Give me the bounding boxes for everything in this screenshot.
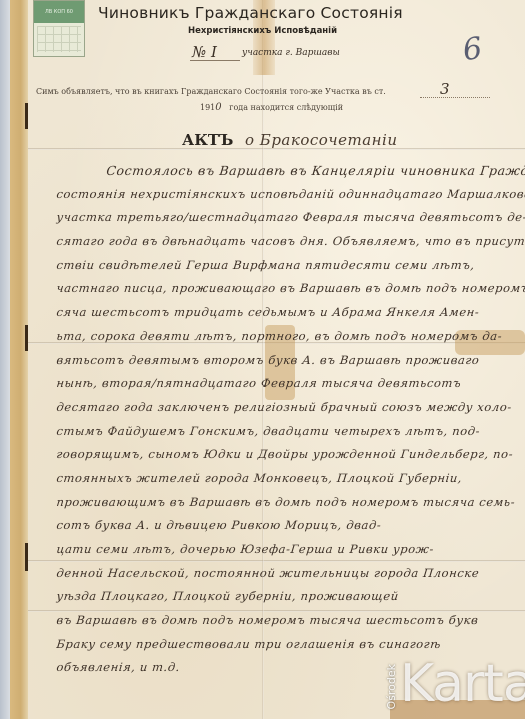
body-line: ствіи свидѣтелей Герша Вирфмана пятидеся… bbox=[55, 258, 525, 282]
body-line: состоянія нехристіянскихъ исповѣданій од… bbox=[55, 187, 525, 211]
stamp-label: ЛВ КОП 60 bbox=[34, 1, 84, 23]
page-number: 6 bbox=[461, 31, 485, 68]
body-line: сотъ буква А. и дѣвицею Ривкою Морицъ, д… bbox=[55, 518, 525, 542]
body-line: десятаго года заключенъ религіозный брач… bbox=[55, 400, 525, 424]
body-line: нынѣ, вторая/пятнадцатаго Февраля тысяча… bbox=[55, 376, 525, 400]
revenue-stamp: ЛВ КОП 60 bbox=[33, 0, 85, 57]
body-line: денной Насельской, постоянной жительницы… bbox=[55, 566, 525, 590]
body-line: участка третьяго/шестнадцатаго Февраля т… bbox=[55, 210, 525, 234]
year-handwritten: 0 bbox=[215, 102, 221, 113]
declaration-year: 1910 года находится слѣдующій bbox=[200, 102, 343, 113]
scanner-edge bbox=[0, 0, 10, 719]
stamp-grid bbox=[37, 26, 81, 52]
body-line: частнаго писца, проживающаго въ Варшавѣ … bbox=[55, 281, 525, 305]
header-subtitle: Нехристіянскихъ Исповѣданій bbox=[188, 26, 337, 36]
body-line: сятаго года въ двѣнадцать часовъ дня. Об… bbox=[55, 234, 525, 258]
year-prefix: 191 bbox=[200, 103, 215, 112]
act-type-handwritten: о Бракосочетаніи bbox=[245, 131, 398, 149]
body-line: въ Варшавѣ въ домѣ подъ номеромъ тысяча … bbox=[55, 613, 525, 637]
body-line: Состоялось въ Варшавѣ въ Канцеляріи чино… bbox=[55, 163, 525, 187]
body-line: проживающимъ въ Варшавѣ въ домѣ подъ ном… bbox=[55, 495, 525, 519]
body-line: ьта, сорока девяти лѣтъ, портного, въ до… bbox=[55, 329, 525, 353]
handwritten-body: Состоялось въ Варшавѣ въ Канцеляріи чино… bbox=[56, 163, 525, 684]
header-title: Чиновникъ Гражданскаго Состоянія bbox=[98, 4, 403, 22]
fill-line bbox=[190, 60, 240, 61]
declaration-text: Симъ объявляетъ, что въ книгахъ Гражданс… bbox=[36, 87, 386, 96]
year-suffix: года находится слѣдующій bbox=[229, 103, 343, 112]
body-line: говорящимъ, сыномъ Юдки и Двойры урожден… bbox=[55, 447, 525, 471]
body-line: сяча шестьсотъ тридцать седьмымъ и Абрам… bbox=[55, 305, 525, 329]
district-label: участка г. Варшавы bbox=[242, 48, 340, 58]
document-page: ЛВ КОП 60 Чиновникъ Гражданскаго Состоян… bbox=[10, 0, 525, 719]
body-line: уѣзда Плоцкаго, Плоцкой губерніи, прожив… bbox=[55, 589, 525, 613]
body-line: стымъ Файдушемъ Гонскимъ, двадцати четыр… bbox=[55, 424, 525, 448]
staple-mark bbox=[25, 103, 28, 129]
body-line: стоянныхъ жителей города Монковецъ, Плоц… bbox=[55, 471, 525, 495]
fill-line bbox=[420, 96, 490, 98]
watermark: Ośrodek Karta bbox=[385, 658, 525, 710]
act-title: АКТЪ bbox=[182, 131, 233, 149]
body-line: цати семи лѣтъ, дочерью Юзефа-Герша и Ри… bbox=[55, 542, 525, 566]
staple-mark bbox=[25, 325, 28, 351]
watermark-brand: Karta bbox=[400, 658, 525, 710]
staple-mark bbox=[25, 543, 28, 571]
office-number: № I bbox=[192, 43, 217, 61]
body-line: вятьсотъ девятымъ второмъ букв А. въ Вар… bbox=[55, 353, 525, 377]
watermark-prefix: Ośrodek bbox=[385, 664, 398, 710]
